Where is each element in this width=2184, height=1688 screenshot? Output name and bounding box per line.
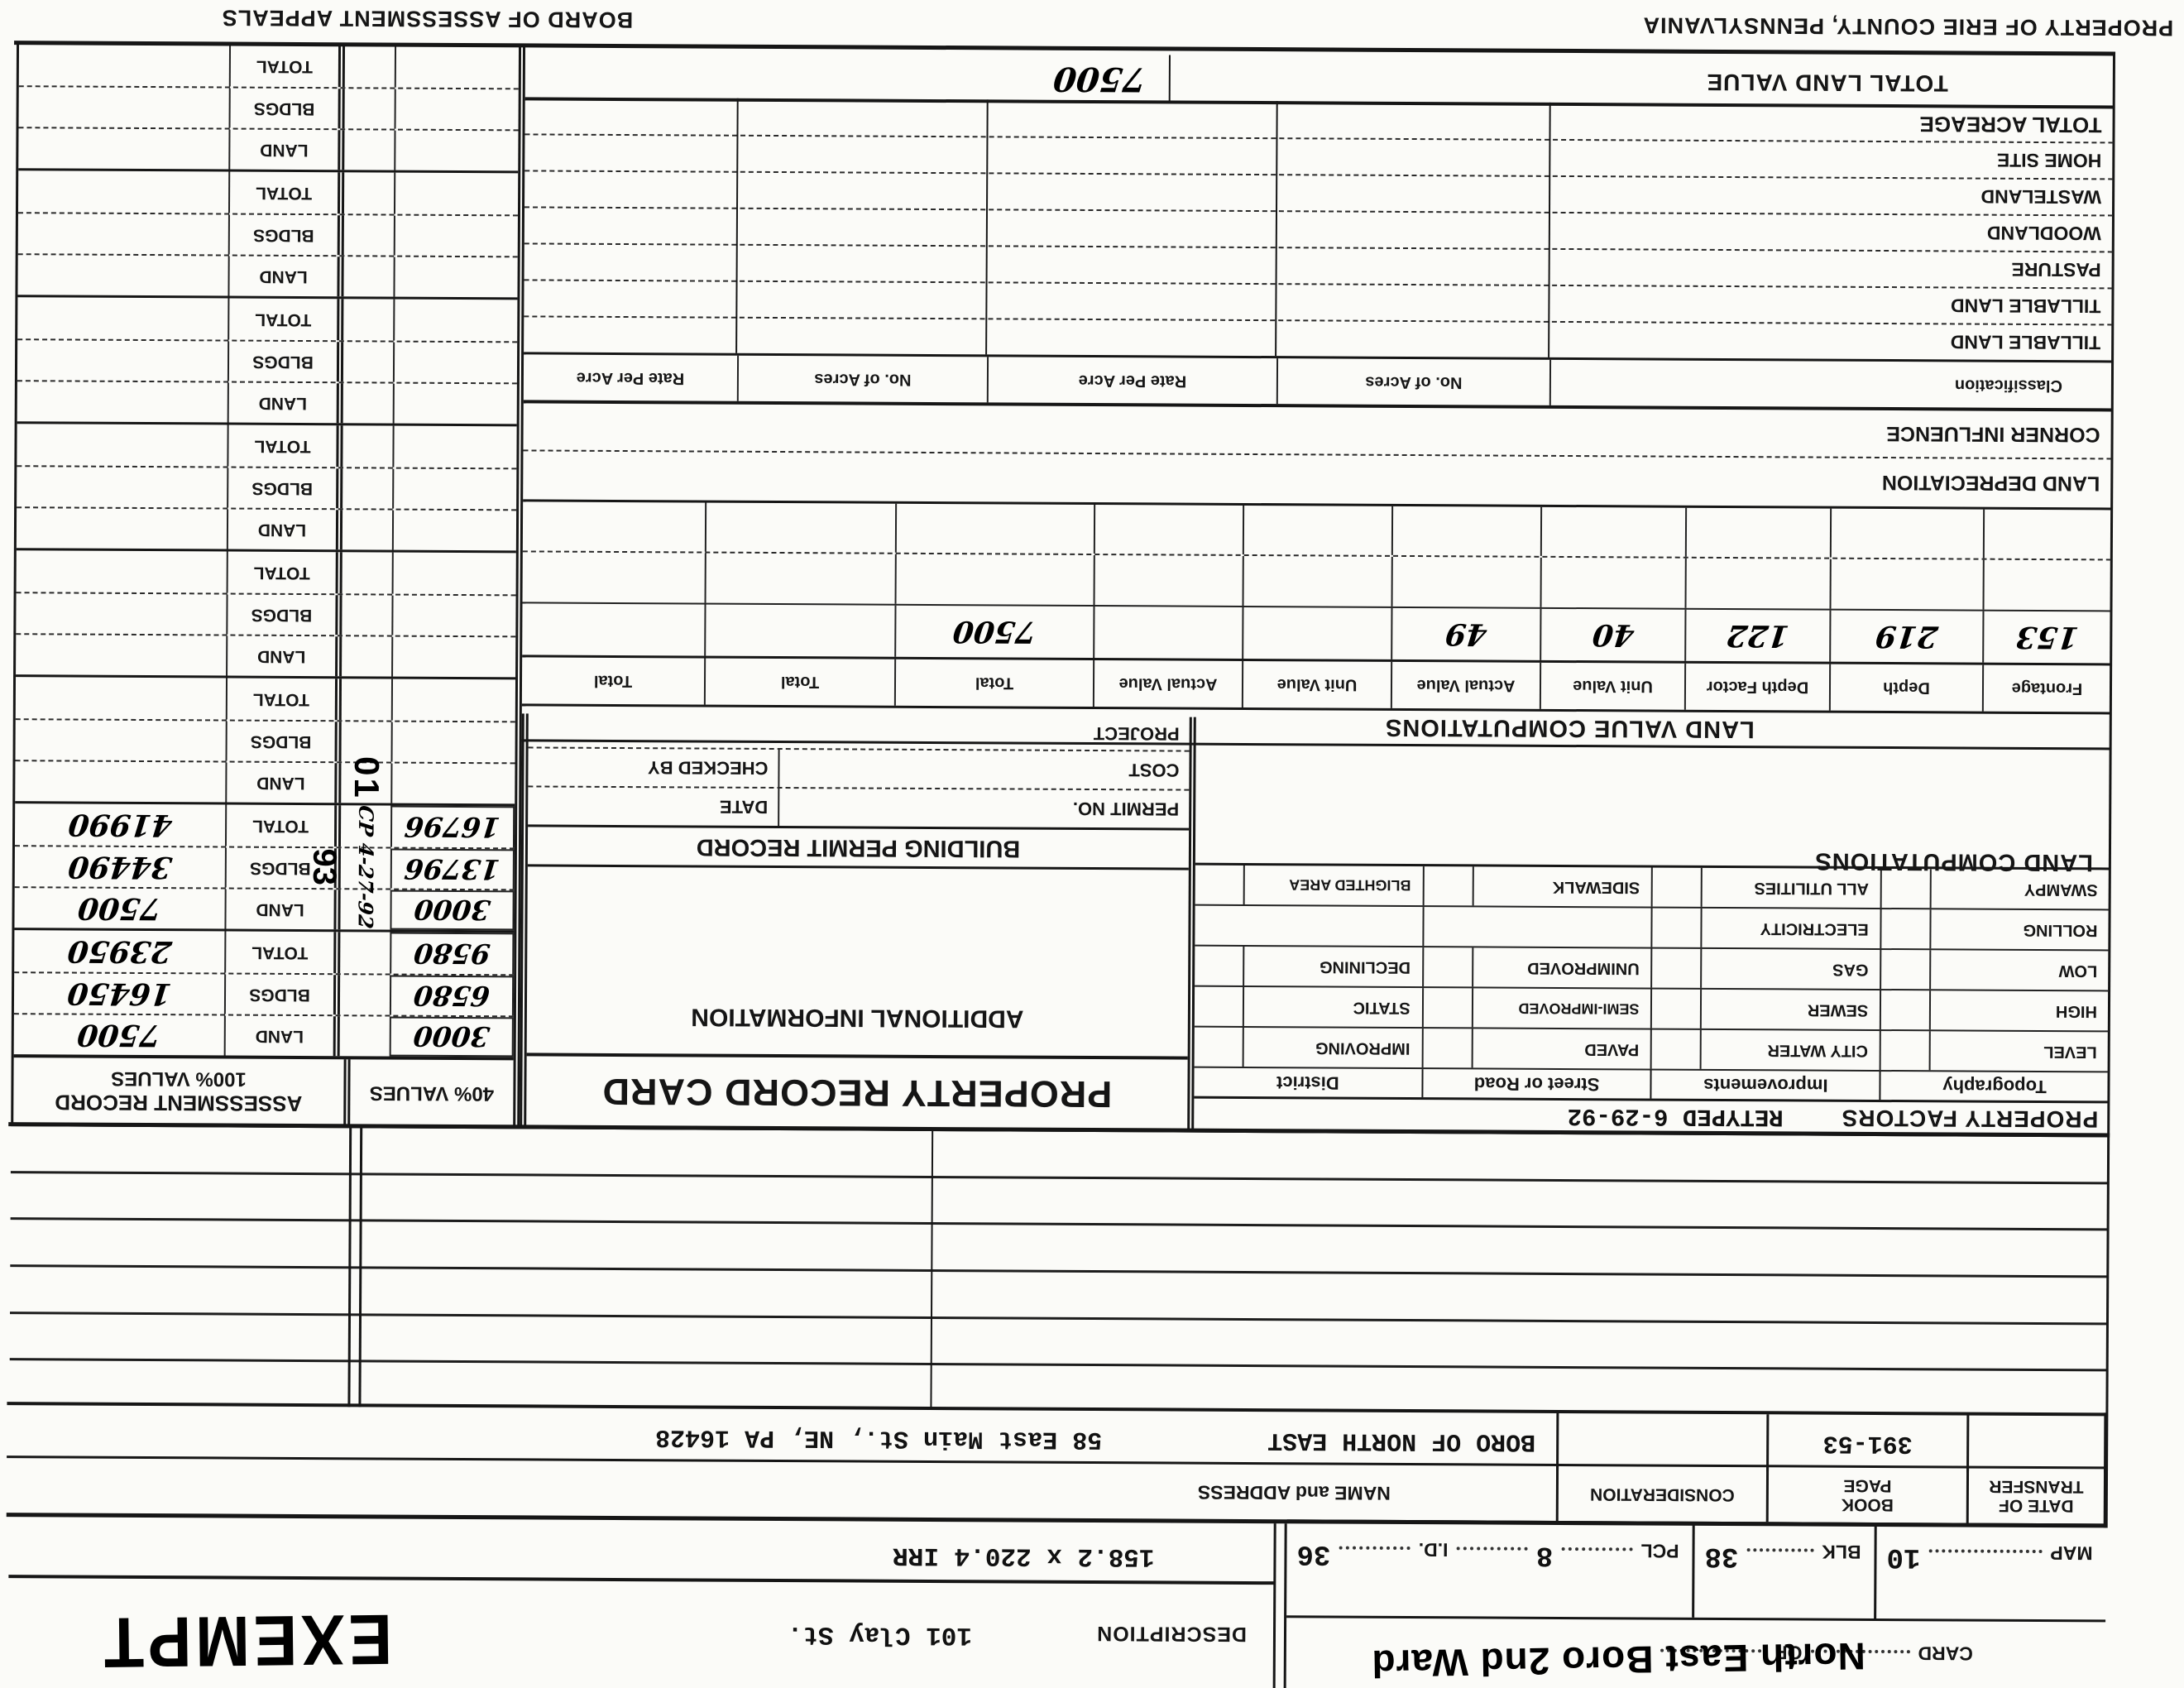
additional-info-title: ADDITIONAL INFORMATION	[691, 867, 1024, 1032]
lvc-title: LAND VALUE COMPUTATIONS	[1385, 713, 1755, 742]
v40-cell	[393, 300, 517, 342]
class-label: PASTURE	[2011, 258, 2100, 281]
class-label: WOODLAND	[1987, 222, 2101, 245]
total-land-value-label: TOTAL LAND VALUE	[1706, 69, 1948, 97]
ward-stamp: North East Boro 2nd Ward	[1371, 1634, 1865, 1686]
row-label: TOTAL	[228, 172, 344, 214]
factor-label: SEMI-IMPROVED	[1473, 988, 1651, 1028]
bldgs-row: BLDGS	[17, 338, 517, 382]
v100-hand: 23950	[65, 934, 173, 970]
total-row: TOTAL	[17, 297, 517, 341]
factors-title: PROPERTY FACTORS	[1842, 1105, 2099, 1133]
stamp-cell	[343, 257, 393, 296]
v100-cell	[17, 550, 227, 592]
row-label: LAND	[224, 1016, 340, 1057]
factor-checkbox	[1881, 950, 1931, 989]
v100-hand: 7500	[76, 891, 163, 927]
factor-label: STATIC	[1244, 987, 1422, 1027]
total-row: 16796 TOTAL 41990	[15, 803, 515, 847]
v100-hand: 16450	[65, 976, 173, 1012]
row-label: LAND	[226, 636, 342, 677]
v100-hand: 41990	[66, 808, 174, 843]
property-factors-section: PROPERTY FACTORS RETYPED 6-29-92 Topogra…	[1194, 863, 2110, 1135]
hdr-total-3: Total	[522, 657, 704, 704]
hdr-no-acres-2: No. of Acres	[737, 356, 987, 403]
v100-cell	[19, 87, 229, 127]
v100-cell	[18, 170, 228, 213]
v100-cell	[17, 508, 227, 549]
v100-cell	[17, 297, 227, 339]
v40-cell	[393, 343, 517, 383]
factor-label: SIDEWALK	[1473, 866, 1651, 906]
stamp-cell	[340, 975, 390, 1014]
v40-cell: 9580	[390, 933, 514, 975]
v40-hand: 16796	[404, 811, 502, 844]
entry-name-address: BORO OF NORTH EAST 58 East Main St., NE,…	[7, 1405, 1556, 1470]
row-label: BLDGS	[226, 722, 342, 762]
actual-value-1: 49	[1391, 608, 1540, 660]
footer-county-label: PROPERTY OF ERIE COUNTY, PENNSYLVANIA	[1643, 12, 2174, 40]
tlv-divider	[1169, 55, 1171, 100]
scanned-property-record-card: CARD OF North East Boro 2nd Ward MAP 10 …	[0, 0, 2184, 1688]
checked-by-cell: CHECKED BY	[528, 748, 778, 787]
lvc-entry-row: 153 219 122 40 49 7500	[522, 602, 2110, 663]
factor-label: UNIMPROVED	[1473, 947, 1651, 987]
assessment-group-empty: LAND BLDGS TOTAL	[18, 41, 519, 170]
factor-checkbox	[1881, 1031, 1931, 1070]
col-date-of-transfer: DATE OF TRANSFER	[1966, 1469, 2104, 1524]
year-93-stamp: 93	[305, 848, 342, 885]
factor-checkbox	[1195, 866, 1245, 904]
total-row: TOTAL	[18, 170, 518, 214]
land-row: LAND	[17, 506, 516, 550]
factor-label: BLIGHTED AREA	[1245, 866, 1423, 905]
assessment-group-2: 3000 LAND 7500 13796 BLDGS 34490 16796 T…	[14, 801, 515, 930]
hdr-actual-value-1: Actual Value	[1391, 662, 1540, 709]
grantee-name: BORO OF NORTH EAST	[1267, 1427, 1535, 1456]
hdr-rate-acre-1: Rate Per Acre	[987, 357, 1276, 404]
map-dots	[1928, 1549, 2042, 1554]
hdr-rate-acre-2: Rate Per Acre	[524, 354, 737, 400]
factors-row-2: HIGH SEWER SEMI-IMPROVED STATIC	[1195, 985, 2109, 1031]
factors-row-4: ROLLING ELECTRICITY	[1195, 904, 2109, 950]
total-land-value-hand: 7500	[1051, 60, 1148, 99]
factor-blank-2	[1195, 906, 1422, 946]
history-divider-double	[347, 1125, 362, 1407]
ident-divider	[1273, 1523, 1287, 1688]
class-label: WASTELAND	[1980, 185, 2101, 209]
transfer-history-rows	[9, 1124, 2108, 1416]
row-label: LAND	[228, 130, 344, 170]
factor-checkbox	[1882, 909, 1932, 948]
stamp-cell	[345, 89, 395, 128]
assessment-record-column: 40% VALUES ASSESSMENT RECORD 100% VALUES…	[11, 41, 525, 1126]
row-label: LAND	[227, 510, 342, 550]
factor-label	[1195, 906, 1422, 946]
stamp-cell	[340, 1016, 390, 1056]
stamp-cell	[344, 215, 394, 255]
factor-sewer: SEWER	[1650, 990, 1880, 1029]
v40-cell	[395, 46, 519, 89]
factors-header-row: Topography Improvements Street or Road D…	[1194, 1067, 2108, 1101]
lot-dimensions: 158.2 x 220.4 IRR	[893, 1541, 1154, 1571]
row-label: LAND	[227, 383, 343, 424]
lvc-empty-row-2	[523, 499, 2111, 559]
v40-cell	[392, 553, 516, 595]
row-label: BLDGS	[226, 595, 342, 635]
row-label: TOTAL	[227, 425, 342, 468]
actual-value-2	[1093, 607, 1242, 659]
class-label: HOME SITE	[1997, 149, 2102, 172]
hdr-depth: Depth	[1829, 664, 1982, 712]
building-permit-title: BUILDING PERMIT RECORD	[697, 832, 1021, 861]
v100-cell: 41990	[15, 803, 225, 846]
stamp-cell	[342, 636, 391, 676]
v40-cell	[391, 596, 515, 636]
factor-checkbox	[1424, 947, 1473, 986]
pcl-id-box: PCL 8 I.D. 36	[1286, 1523, 1693, 1618]
v40-cell	[395, 89, 519, 130]
col-topography: Topography	[1880, 1072, 2109, 1101]
v100-cell: 34490	[15, 846, 225, 887]
header-100-values: ASSESSMENT RECORD 100% VALUES	[13, 1057, 343, 1125]
book-line: BOOK	[1842, 1495, 1894, 1514]
assessment-group-empty: LAND BLDGS TOTAL	[16, 548, 516, 677]
col40-header-label: 40% VALUES	[370, 1081, 494, 1105]
v40-cell	[391, 637, 515, 678]
depth-value: 219	[1829, 611, 1982, 663]
assessment-group-empty: LAND BLDGS TOTAL	[17, 421, 517, 550]
footer-board-label: BOARD OF ASSESSMENT APPEALS	[222, 4, 634, 32]
v40-cell: 3000	[390, 1017, 514, 1057]
v40-hand: 6580	[412, 980, 491, 1012]
land-row: LAND	[16, 633, 515, 677]
v40-cell	[393, 384, 517, 424]
factor-checkbox	[1423, 1029, 1473, 1067]
v100-cell	[16, 593, 226, 634]
stamp-cell	[344, 130, 394, 170]
v100-cell	[17, 424, 227, 466]
factor-paved: PAVED	[1421, 1029, 1650, 1068]
v100-cell: 16450	[14, 973, 224, 1014]
factor-rolling: ROLLING	[1880, 909, 2110, 949]
hundred-values-label: 100% VALUES	[111, 1067, 247, 1091]
pcl-value: 8	[1536, 1539, 1554, 1571]
cost-label: COST	[1128, 760, 1179, 781]
record-card-column: PROPERTY RECORD CARD ADDITIONAL INFORMAT…	[520, 713, 1196, 1129]
row-label: BLDGS	[224, 975, 340, 1015]
v40-cell	[390, 764, 515, 804]
factor-checkbox	[1653, 868, 1703, 907]
blk-value: 38	[1704, 1540, 1738, 1571]
v40-cell	[392, 511, 516, 551]
entry-date	[1966, 1416, 2104, 1474]
factor-checkbox	[1424, 988, 1473, 1027]
stamp-cell	[343, 299, 393, 340]
checked-by-label: CHECKED BY	[648, 757, 769, 779]
total-row: 9580 TOTAL 23950	[14, 930, 514, 974]
factor-checkbox	[1881, 990, 1931, 1029]
unit-value-1: 40	[1540, 609, 1684, 661]
total-3	[522, 603, 704, 655]
blk-box: BLK 38	[1692, 1525, 1875, 1618]
assessment-group-empty: LAND BLDGS TOTAL	[17, 295, 518, 424]
unit-value-hand: 40	[1590, 617, 1636, 652]
factor-checkbox	[1195, 1028, 1244, 1067]
blk-dots	[1746, 1548, 1813, 1552]
frontage-value: 153	[1982, 611, 2110, 664]
v100-cell: 7500	[14, 1014, 224, 1055]
permit-no-date-row: PERMIT NO. DATE	[528, 785, 1189, 827]
book-page-value: 391-53	[1823, 1429, 1913, 1458]
stamp-cell	[342, 510, 392, 549]
hdr-total-1: Total	[894, 659, 1093, 707]
factor-blighted-area: BLIGHTED AREA	[1195, 866, 1423, 905]
v100-cell	[16, 677, 226, 719]
stamp-cell	[344, 172, 394, 213]
col-improvements: Improvements	[1650, 1071, 1880, 1100]
col-street-or-road: Street or Road	[1421, 1069, 1650, 1098]
hdr-classification: Classification	[1549, 360, 2112, 409]
assessment-group-empty: LAND BLDGS TOTAL	[17, 168, 518, 297]
factor-label: SEWER	[1702, 990, 1880, 1029]
total-land-value-row: TOTAL LAND VALUE 7500	[525, 51, 2114, 105]
hdr-unit-value-2: Unit Value	[1242, 661, 1391, 708]
class-label: TOTAL ACREAGE	[1919, 112, 2101, 138]
bldgs-row: BLDGS	[19, 85, 519, 129]
bldgs-row: 13796 BLDGS 34490	[15, 845, 515, 889]
stamp-cell	[342, 552, 392, 593]
v40-hand: 3000	[412, 894, 491, 926]
v40-cell: 6580	[390, 976, 514, 1016]
permit-no-label: PERMIT NO.	[1073, 798, 1179, 820]
date-of-transfer-line1: DATE OF	[1999, 1496, 2074, 1516]
bldgs-row: 6580 BLDGS 16450	[14, 971, 514, 1015]
hdr-unit-value-1: Unit Value	[1540, 663, 1684, 710]
stamp-cell	[340, 932, 390, 973]
entry-consideration	[1556, 1413, 1766, 1471]
grantee-address: 58 East Main St., NE, PA 16428	[655, 1423, 1102, 1454]
lvc-empty-row-1	[523, 550, 2111, 610]
row-label: TOTAL	[227, 299, 343, 341]
factor-label: PAVED	[1473, 1029, 1650, 1068]
factor-electricity: ELECTRICITY	[1651, 909, 1880, 948]
pcl-label: PCL	[1640, 1539, 1679, 1561]
factor-label: GAS	[1703, 949, 1880, 989]
stamp-cell	[343, 383, 393, 423]
col-consideration: CONSIDERATION	[1556, 1466, 1766, 1522]
actual-value-hand: 49	[1444, 616, 1489, 651]
assessment-header: 40% VALUES ASSESSMENT RECORD 100% VALUES	[13, 1054, 513, 1126]
stamp-01: 01	[347, 756, 386, 800]
consideration-label: CONSIDERATION	[1590, 1484, 1735, 1504]
land-value-computations: LAND VALUE COMPUTATIONS Frontage Depth D…	[522, 51, 2114, 750]
v40-cell	[394, 131, 518, 171]
record-card-title-box: PROPERTY RECORD CARD	[526, 1053, 1187, 1129]
additional-info-box: ADDITIONAL INFORMATION	[527, 864, 1189, 1056]
factor-improving: IMPROVING	[1195, 1028, 1422, 1067]
total-hand: 7500	[951, 614, 1038, 650]
hdr-depth-factor: Depth Factor	[1684, 664, 1829, 711]
stamp-cell	[342, 679, 391, 720]
v40-hand: 3000	[412, 1020, 491, 1053]
map-box: MAP 10	[1874, 1526, 2106, 1619]
frontage-hand: 153	[2014, 620, 2081, 655]
factor-semi-improved: SEMI-IMPROVED	[1422, 988, 1651, 1028]
description-underline	[8, 1575, 1274, 1585]
factor-label: HIGH	[1931, 990, 2109, 1030]
unit-value-2	[1242, 607, 1391, 659]
map-value: 10	[1886, 1541, 1920, 1572]
depth-factor-hand: 122	[1725, 618, 1791, 653]
total-row: TOTAL	[17, 424, 516, 468]
land-row: LAND	[17, 380, 517, 424]
date-label: DATE	[720, 796, 768, 818]
page-line: PAGE	[1843, 1476, 1891, 1495]
classification-header-row: Classification No. of Acres Rate Per Acr…	[524, 352, 2112, 408]
exempt-stamp: EXEMPT	[100, 1598, 393, 1683]
stamp-cell	[342, 425, 392, 467]
v40-cell	[392, 469, 516, 510]
row-label: LAND	[225, 763, 341, 803]
factor-high: HIGH	[1880, 990, 2109, 1030]
retyped-note: RETYPED 6-29-92	[1568, 1103, 1784, 1131]
total-row: TOTAL	[16, 677, 515, 721]
hdr-total-2: Total	[704, 659, 894, 706]
v40-cell: 16796	[390, 806, 515, 848]
class-label: TILLABLE LAND	[1951, 331, 2101, 354]
v40-cell	[392, 426, 516, 468]
land-computations-title: LAND COMPUTATIONS	[1814, 847, 2093, 876]
v40-cell	[394, 173, 518, 215]
bldgs-row: BLDGS	[16, 592, 515, 635]
factor-label: LEVEL	[1931, 1031, 2109, 1071]
v40-cell	[391, 722, 515, 763]
col-district: District	[1194, 1068, 1421, 1097]
v100-cell	[17, 255, 227, 295]
factor-checkbox	[1195, 987, 1244, 1026]
bldgs-row: BLDGS	[16, 718, 515, 762]
cp-note-hand: CP 4-27-92	[353, 804, 378, 930]
hdr-frontage: Frontage	[1982, 665, 2110, 712]
row-label: TOTAL	[225, 805, 341, 847]
land-row: 3000 LAND 7500	[14, 1013, 514, 1057]
land-depreciation-row: LAND DEPRECIATION	[523, 449, 2111, 507]
row-label: LAND	[227, 257, 343, 297]
col-book-page: BOOK PAGE	[1766, 1467, 1966, 1523]
v100-hand: 7500	[75, 1018, 162, 1053]
bldgs-row: BLDGS	[17, 465, 516, 509]
v100-cell	[16, 720, 226, 760]
factor-checkbox	[1653, 949, 1703, 988]
card-label: CARD	[1918, 1642, 1973, 1664]
factor-label: ROLLING	[1932, 909, 2110, 949]
pcl-dots	[1561, 1547, 1632, 1551]
stamp-01-area: 01	[341, 755, 392, 801]
map-label: MAP	[2050, 1542, 2092, 1564]
land-row: LAND	[17, 253, 517, 297]
factor-checkbox	[1195, 947, 1244, 985]
row-label: LAND	[224, 890, 340, 930]
v40-cell: 13796	[390, 849, 515, 890]
id-label: I.D.	[1419, 1538, 1449, 1561]
factor-checkbox	[1652, 1030, 1702, 1069]
row-label: TOTAL	[229, 46, 345, 88]
total-row: TOTAL	[19, 44, 519, 88]
entry-book-page: 391-53	[1766, 1414, 1966, 1472]
factor-checkbox	[1424, 866, 1473, 905]
factor-declining: DECLINING	[1195, 947, 1422, 986]
total-2	[704, 605, 894, 657]
factor-checkbox	[1652, 990, 1702, 1029]
v40-cell	[391, 679, 515, 722]
pcl-id-gap-dots	[1456, 1547, 1527, 1551]
v40-hand: 9580	[412, 938, 491, 970]
v100-cell	[16, 635, 226, 675]
row-label: BLDGS	[229, 89, 345, 129]
map-blk-pcl-row: MAP 10 BLK 38 PCL 8 I.D. 36	[1286, 1519, 2106, 1622]
factor-label: ELECTRICITY	[1703, 909, 1880, 948]
date-of-transfer-line2: TRANSFER	[1989, 1477, 2083, 1497]
cost-checkedby-row: COST CHECKED BY	[528, 746, 1189, 789]
description-label: DESCRIPTION	[1096, 1621, 1247, 1646]
factor-checkbox	[1653, 909, 1703, 947]
corner-influence-label: CORNER INFLUENCE	[1886, 422, 2100, 447]
assessment-record-label: ASSESSMENT RECORD	[55, 1090, 302, 1117]
land-row: LAND	[18, 127, 518, 170]
v100-cell	[15, 761, 225, 802]
v100-cell	[17, 381, 227, 422]
total-1: 7500	[894, 606, 1093, 658]
factor-unimproved: UNIMPROVED	[1422, 947, 1651, 987]
factor-label	[1424, 907, 1651, 947]
class-label: TILLABLE LAND	[1951, 295, 2101, 318]
date-cell: DATE	[528, 787, 778, 826]
v100-cell	[18, 213, 228, 254]
v40-hand: 13796	[403, 853, 501, 886]
land-row: 3000 LAND 7500	[14, 886, 514, 930]
card-rotated-180: CARD OF North East Boro 2nd Ward MAP 10 …	[0, 0, 2184, 1688]
factors-title-row: PROPERTY FACTORS RETYPED 6-29-92	[1194, 1096, 2108, 1135]
stamp-cell	[342, 468, 392, 508]
v100-cell: 7500	[14, 888, 224, 928]
corner-influence-row: CORNER INFLUENCE	[523, 400, 2111, 458]
factor-label: LOW	[1931, 950, 2109, 990]
v100-cell	[19, 44, 229, 86]
row-label: TOTAL	[227, 552, 342, 594]
cost-cell: COST	[778, 750, 1189, 789]
cp-note-stamp-area: CP 4-27-92 93	[340, 804, 392, 929]
factor-label: IMPROVING	[1244, 1028, 1422, 1067]
factor-sidewalk: SIDEWALK	[1422, 866, 1651, 906]
id-dots	[1339, 1547, 1410, 1551]
factor-city-water: CITY WATER	[1650, 1030, 1880, 1070]
row-label: BLDGS	[227, 468, 342, 509]
row-label: TOTAL	[224, 932, 340, 974]
building-permit-title-box: BUILDING PERMIT RECORD	[528, 824, 1189, 867]
v100-cell: 23950	[14, 930, 224, 972]
v40-cell	[393, 257, 517, 298]
factor-gas: GAS	[1651, 949, 1880, 989]
v40-cell	[394, 216, 518, 257]
v100-cell	[17, 340, 227, 381]
factor-low: LOW	[1880, 950, 2109, 990]
id-value: 36	[1296, 1537, 1330, 1569]
row-label: BLDGS	[228, 215, 344, 256]
row-label: BLDGS	[227, 342, 343, 382]
factor-label: DECLINING	[1244, 947, 1422, 986]
v100-cell	[17, 467, 227, 507]
